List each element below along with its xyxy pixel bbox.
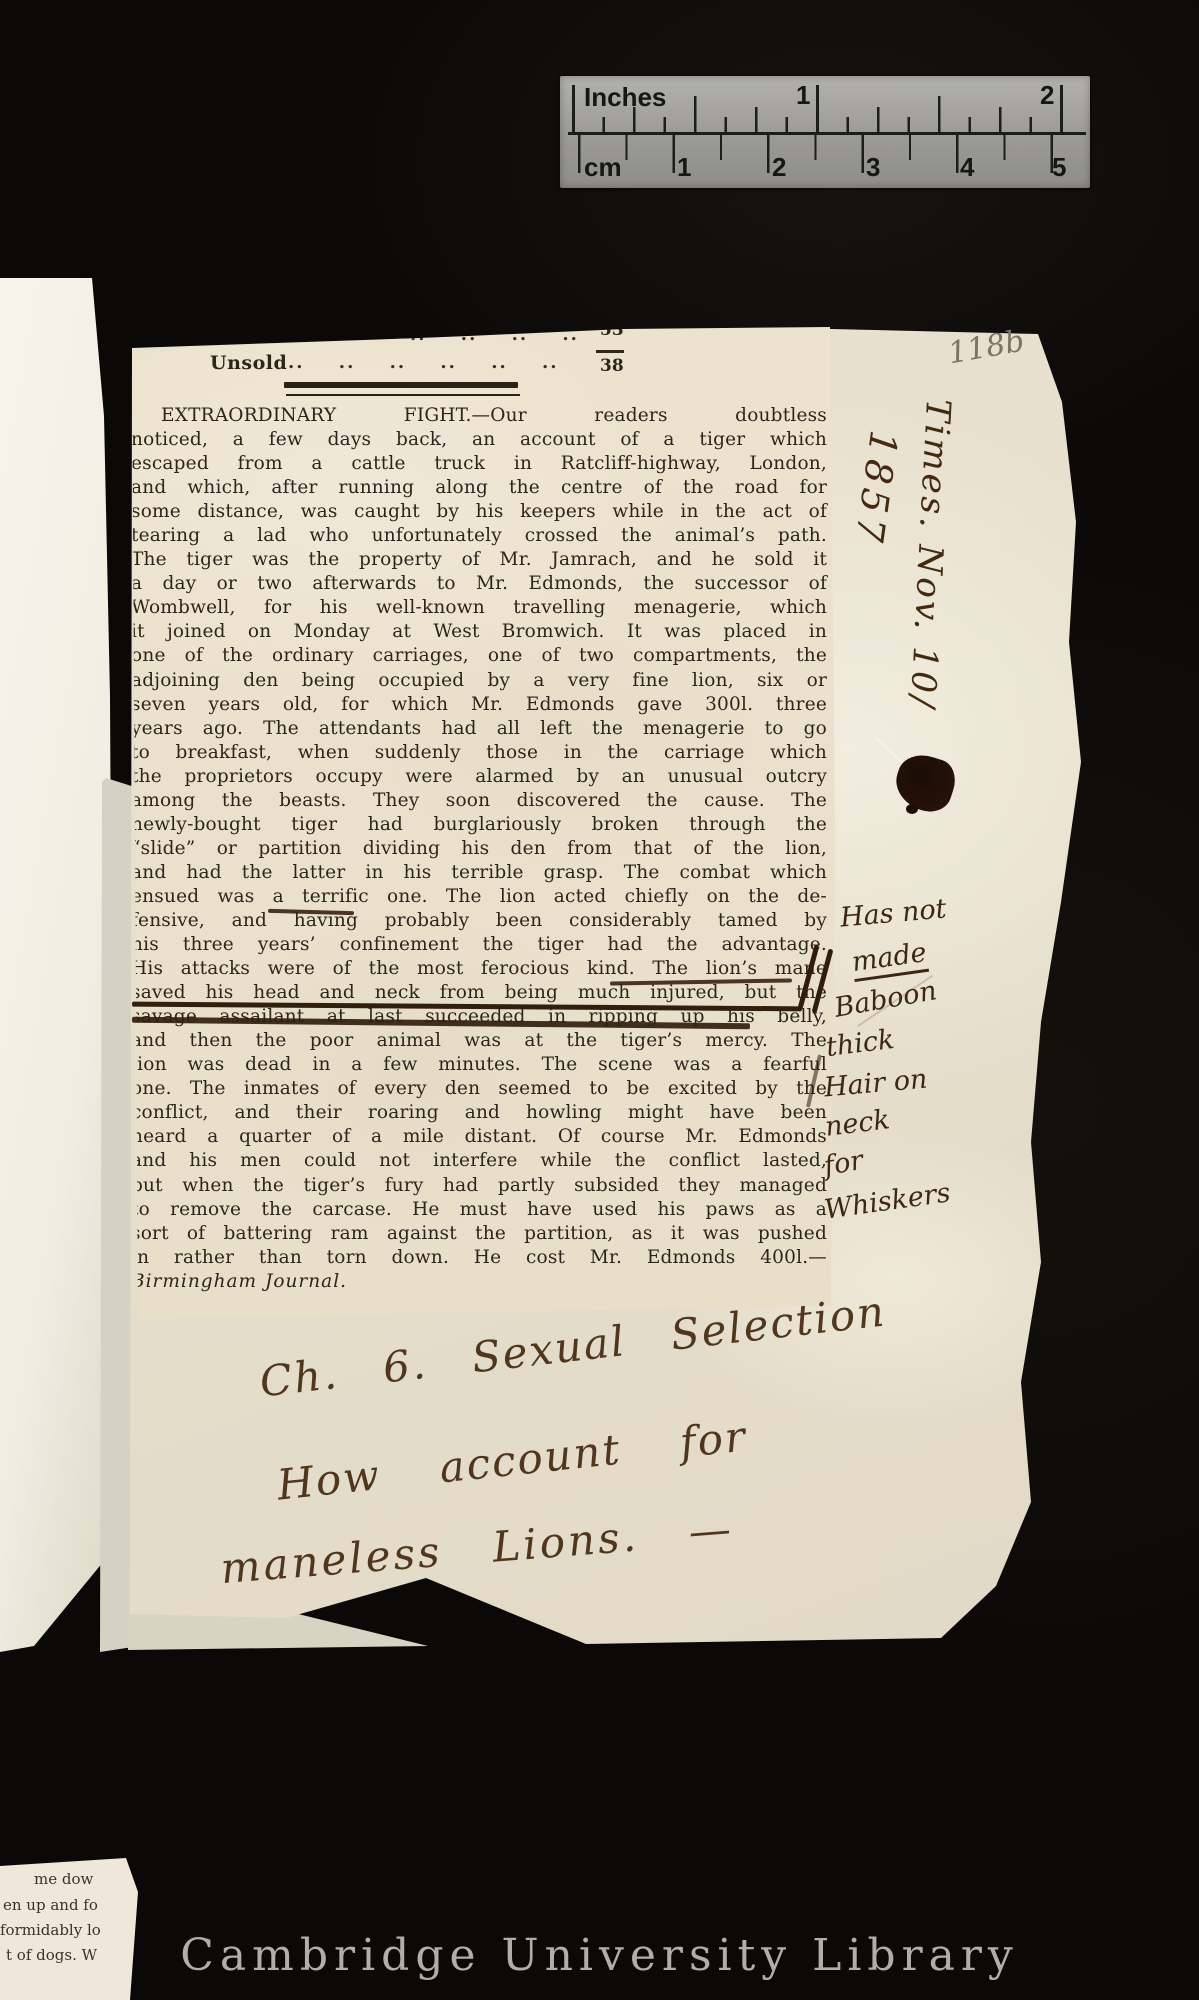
article-line: a day or two afterwards to Mr. Edmonds, … <box>131 572 827 596</box>
unsold-dots-row: .. .. .. .. .. .. <box>288 352 559 373</box>
article-line: lion was dead in a few minutes. The scen… <box>131 1053 827 1077</box>
stock-count-top: 53 <box>600 320 624 340</box>
library-watermark: Cambridge University Library <box>0 1930 1199 1981</box>
column-rule-thick <box>284 382 518 388</box>
article-line: it joined on Monday at West Bromwich. It… <box>131 620 827 644</box>
article-line: Birmingham Journal. <box>131 1270 827 1294</box>
ink-blot-tail <box>906 804 918 814</box>
stock-sum-rule <box>596 350 624 353</box>
ruler-cm-ticks <box>578 135 1066 173</box>
margin-note-line: Baboon <box>832 975 939 1023</box>
ruler-inch-number-1: 1 <box>796 82 810 108</box>
article-line: His attacks were of the most ferocious k… <box>131 957 827 981</box>
article-line: years ago. The attendants had all left t… <box>131 717 827 741</box>
cut-dots-row: .. .. .. .. <box>410 324 579 345</box>
article-line: EXTRAORDINARY FIGHT.—Our readers doubtle… <box>131 404 827 428</box>
newspaper-clipping: .. .. .. .. 53 38 Unsold .. .. .. .. .. … <box>128 320 842 1322</box>
article-line: and then the poor animal was at the tige… <box>131 1029 827 1053</box>
article-line: tearing a lad who unfortunately crossed … <box>131 524 827 548</box>
column-rule-thin <box>286 394 520 396</box>
article-line: sort of battering ram against the partit… <box>131 1222 827 1246</box>
margin-notes: Has notmadeBaboonthickHair onneckforWhis… <box>822 892 1032 1272</box>
article-line: newly-bought tiger had burglariously bro… <box>131 813 827 837</box>
article-line: noticed, a few days back, an account of … <box>131 428 827 452</box>
ruler-cm-number-5: 5 <box>1052 154 1066 180</box>
ruler-cm-label: cm <box>584 154 622 180</box>
article-line: his three years’ confinement the tiger h… <box>131 933 827 957</box>
ruler-cm-number-3: 3 <box>866 154 880 180</box>
article-line: in rather than torn down. He cost Mr. Ed… <box>131 1246 827 1270</box>
fragment-line: en up and fo <box>3 1898 98 1913</box>
article-line: seven years old, for which Mr. Edmonds g… <box>131 693 827 717</box>
margin-note-line: thick <box>824 1024 896 1063</box>
article-line: the proprietors occupy were alarmed by a… <box>131 765 827 789</box>
stock-count-bottom: 38 <box>600 356 624 376</box>
article-line: to breakfast, when suddenly those in the… <box>131 741 827 765</box>
article-line: The tiger was the property of Mr. Jamrac… <box>131 548 827 572</box>
margin-note-line: Whiskers <box>822 1177 952 1225</box>
article-line: heard a quarter of a mile distant. Of co… <box>131 1125 827 1149</box>
article-line: among the beasts. They soon discovered t… <box>131 789 827 813</box>
ruler-inches-label: Inches <box>584 84 666 110</box>
measurement-ruler: Inches 1 2 cm 1 2 3 4 5 <box>560 76 1090 188</box>
article-line: and his men could not interfere while th… <box>131 1149 827 1173</box>
photo-stage: Inches 1 2 cm 1 2 3 4 5 .. .. .. .. 53 3… <box>0 0 1199 2000</box>
ruler-cm-number-4: 4 <box>960 154 974 180</box>
article-line: and had the latter in his terrible grasp… <box>131 861 827 885</box>
article-line: conflict, and their roaring and howling … <box>131 1101 827 1125</box>
article-line: fensive, and having probably been consid… <box>131 909 827 933</box>
margin-note-line: Hair on <box>823 1064 929 1104</box>
fragment-line: me dow <box>34 1872 93 1887</box>
article-text: EXTRAORDINARY FIGHT.—Our readers doubtle… <box>131 404 827 1294</box>
unsold-label: Unsold <box>210 352 287 374</box>
article-line: ensued was a terrific one. The lion acte… <box>131 885 827 909</box>
margin-note-line: for <box>822 1145 866 1182</box>
article-line: but when the tiger’s fury had partly sub… <box>131 1174 827 1198</box>
margin-note-line: made <box>850 937 929 982</box>
article-line: some distance, was caught by his keepers… <box>131 500 827 524</box>
article-line: escaped from a cattle truck in Ratcliff-… <box>131 452 827 476</box>
margin-note-line: Has not <box>839 893 948 933</box>
article-line: and which, after running along the centr… <box>131 476 827 500</box>
article-line: to remove the carcase. He must have used… <box>131 1198 827 1222</box>
margin-note-line: neck <box>823 1104 891 1143</box>
article-line: one. The inmates of every den seemed to … <box>131 1077 827 1101</box>
ruler-cm-number-1: 1 <box>677 154 691 180</box>
article-line: adjoining den being occupied by a very f… <box>131 669 827 693</box>
ruler-cm-number-2: 2 <box>772 154 786 180</box>
article-line: one of the ordinary carriages, one of tw… <box>131 644 827 668</box>
ruler-inch-number-2: 2 <box>1040 82 1054 108</box>
article-line: Wombwell, for his well-known travelling … <box>131 596 827 620</box>
article-line: “slide” or partition dividing his den fr… <box>131 837 827 861</box>
